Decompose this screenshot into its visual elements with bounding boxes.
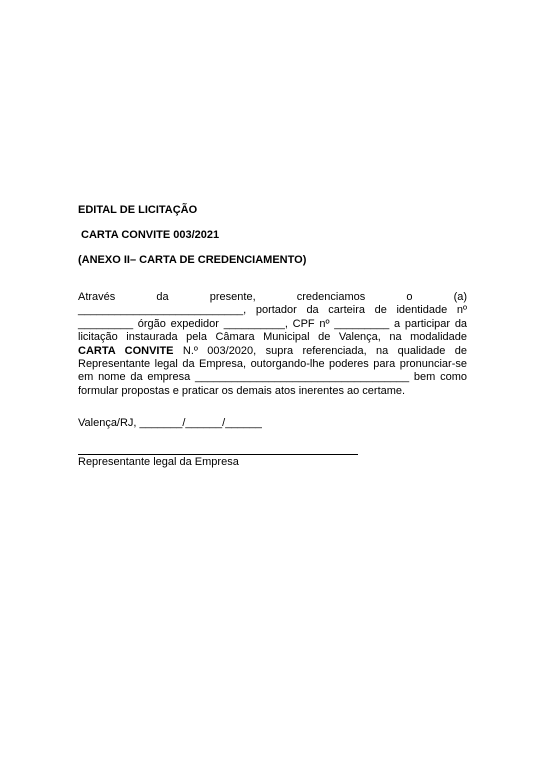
paragraph-line: licitação instaurada pela Câmara Municip… xyxy=(78,331,467,344)
date-line: Valença/RJ, _______/______/______ xyxy=(78,417,262,430)
paragraph-line: CARTA CONVITE N.º 003/2020, supra refere… xyxy=(78,345,467,358)
document-title: EDITAL DE LICITAÇÃO xyxy=(78,204,197,217)
annex-heading: (ANEXO II– CARTA DE CREDENCIAMENTO) xyxy=(78,254,306,267)
paragraph-line: Através da presente, credenciamos o (a) xyxy=(78,291,467,304)
signature-label: Representante legal da Empresa xyxy=(78,456,239,469)
paragraph-line: Representante legal da Empresa, outorgan… xyxy=(78,358,467,371)
signature-line xyxy=(78,454,358,455)
paragraph-line: em nome da empresa _____________________… xyxy=(78,371,467,384)
paragraph-line: ___________________________, portador da… xyxy=(78,304,467,317)
credential-paragraph: Através da presente, credenciamos o (a)_… xyxy=(78,291,467,398)
paragraph-line: formular propostas e praticar os demais … xyxy=(78,385,467,398)
document-subtitle: CARTA CONVITE 003/2021 xyxy=(81,229,219,242)
document-page: EDITAL DE LICITAÇÃO CARTA CONVITE 003/20… xyxy=(0,0,543,768)
paragraph-line: _________ órgão expedidor __________, CP… xyxy=(78,318,467,331)
